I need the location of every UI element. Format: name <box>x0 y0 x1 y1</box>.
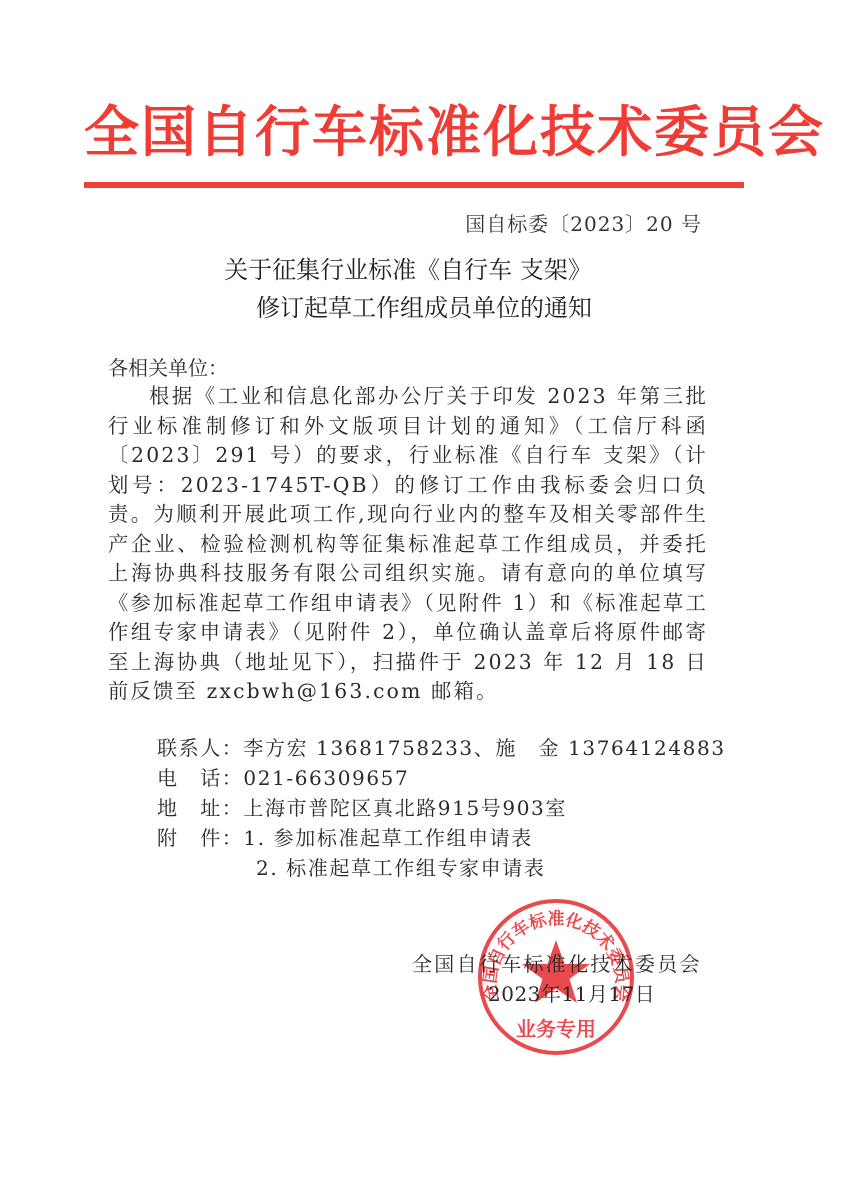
official-seal-icon: 全国自行车标准化技术委员会 业务专用 <box>476 896 636 1058</box>
attachment-2: 2. 标准起草工作组专家申请表 <box>256 852 545 881</box>
seal-bottom-text: 业务专用 <box>516 1017 596 1041</box>
body-paragraph: 根据《工业和信息化部办公厅关于印发 2023 年第三批行业标准制修订和外文版项目… <box>108 382 708 707</box>
contact-phone: 电 话：021-66309657 <box>157 762 409 791</box>
contact-person: 联系人：李方宏 13681758233、施 金 13764124883 <box>157 732 726 761</box>
notice-title-line-1: 关于征集行业标准《自行车 支架》 <box>0 250 832 285</box>
notice-title-line-2: 修订起草工作组成员单位的通知 <box>0 288 848 323</box>
attachment-1: 附 件：1. 参加标准起草工作组申请表 <box>157 822 533 851</box>
letterhead-title: 全国自行车标准化技术委员会 <box>84 92 744 172</box>
contact-address: 地 址：上海市普陀区真北路915号903室 <box>157 792 567 821</box>
salutation: 各相关单位： <box>108 352 228 381</box>
document-number: 国自标委〔2023〕20 号 <box>465 208 702 237</box>
letterhead-divider <box>84 182 744 188</box>
signature-date: 2023年11月17日 <box>488 978 655 1007</box>
signature-organization: 全国自行车标准化技术委员会 <box>412 948 702 977</box>
